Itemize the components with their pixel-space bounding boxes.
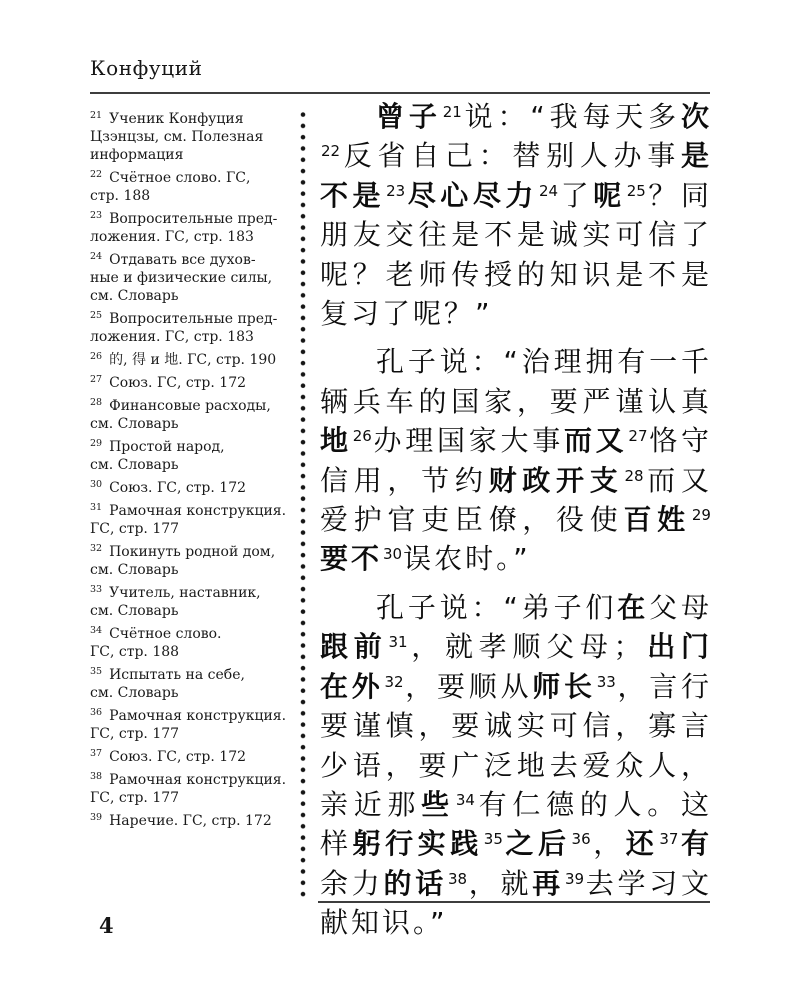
chinese-text-column: 曾子21说：“我每天多次22反省自己：替别人办事是不是23尽心尽力24了呢25？… (320, 97, 712, 952)
text-segment: 再 (532, 867, 564, 900)
footnote-text: Наречие. ГС, стр. 172 (109, 813, 272, 829)
footnote-item: 25Вопросительные пред- ложения. ГС, стр.… (90, 310, 302, 346)
footnote-item: 34Счётное слово. ГС, стр. 188 (90, 625, 302, 661)
footnote-ref: 22 (320, 142, 341, 160)
footnote-text: Счётное слово. ГС, стр. 188 (90, 170, 250, 204)
text-segment: 次 (681, 100, 712, 133)
footnote-item: 24Отдавать все духов- ные и физические с… (90, 251, 302, 305)
text-segment: 误农时。” (403, 542, 531, 575)
text-segment: 呢 (593, 179, 626, 212)
footnote-item: 29Простой народ, см. Словарь (90, 438, 302, 474)
book-page: Конфуций 21Ученик Конфуция Цзэнцзы, см. … (0, 0, 800, 1000)
footnote-text: Ученик Конфуция Цзэнцзы, см. Полезная ин… (90, 111, 263, 163)
text-segment: 要不 (320, 542, 382, 575)
footnote-number: 26 (90, 351, 109, 362)
text-segment: 说：“我每天多 (463, 100, 681, 133)
text-segment: 而又 (564, 424, 627, 457)
footnote-ref: 21 (442, 103, 463, 121)
text-segment: 有 (679, 827, 712, 860)
text-segment: 躬行实践 (353, 827, 483, 860)
footnote-number: 24 (90, 251, 109, 262)
footnote-text: Счётное слово. ГС, стр. 188 (90, 626, 222, 660)
footnote-item: 22Счётное слово. ГС, стр. 188 (90, 169, 302, 205)
footnote-text: Финансовые расходы, см. Словарь (90, 398, 271, 432)
footnote-number: 34 (90, 625, 109, 636)
footnote-number: 36 (90, 707, 109, 718)
text-segment: 跟前 (320, 630, 387, 663)
footnote-text: Рамочная конструкция. ГС, стр. 177 (90, 503, 286, 537)
footnote-number: 22 (90, 169, 109, 180)
footnote-number: 37 (90, 748, 109, 759)
footnote-ref: 31 (387, 633, 408, 651)
footnote-number: 30 (90, 479, 109, 490)
footnote-text: Покинуть родной дом, см. Словарь (90, 544, 275, 578)
footnote-text: Учитель, наставник, см. Словарь (90, 585, 261, 619)
footnote-text: 的, 得 и 地. ГС, стр. 190 (109, 352, 276, 368)
column-divider-dotted (299, 110, 307, 900)
footnote-ref: 32 (383, 673, 404, 691)
text-segment: ，就孝顺父母； (409, 630, 645, 663)
text-paragraph: 孔子说：“弟子们在父母跟前31，就孝顺父母；出门在外32，要顺从师长33，言行要… (320, 588, 712, 943)
footnote-number: 25 (90, 310, 109, 321)
footnote-text: Отдавать все духов- ные и физические сил… (90, 252, 272, 304)
footnote-ref: 24 (538, 182, 559, 200)
running-header-title: Конфуций (90, 56, 203, 80)
footnote-item: 35Испытать на себе, см. Словарь (90, 666, 302, 702)
footnote-number: 31 (90, 502, 109, 513)
footnote-item: 33Учитель, наставник, см. Словарь (90, 584, 302, 620)
text-segment: 还 (626, 827, 659, 860)
footnote-item: 31Рамочная конструкция. ГС, стр. 177 (90, 502, 302, 538)
text-segment: 地 (320, 424, 352, 457)
text-bottom-rule (318, 901, 710, 903)
footnote-number: 28 (90, 397, 109, 408)
text-segment: 曾子 (376, 100, 442, 133)
footnote-ref: 30 (382, 545, 403, 563)
text-segment: 父母 (649, 591, 712, 624)
text-segment: ，就 (468, 867, 532, 900)
text-segment: ， (592, 827, 626, 860)
footnote-text: Рамочная конструкция. ГС, стр. 177 (90, 772, 286, 806)
footnote-ref: 38 (447, 870, 468, 888)
footnote-text: Вопросительные пред- ложения. ГС, стр. 1… (90, 211, 277, 245)
text-segment: 的话 (383, 867, 446, 900)
footnote-ref: 34 (455, 791, 476, 809)
text-segment: 师长 (532, 670, 595, 703)
text-segment: ，要顺从 (405, 670, 533, 703)
footnote-number: 39 (90, 812, 109, 823)
text-segment: 财政开支 (489, 464, 624, 497)
footnote-ref: 36 (571, 830, 592, 848)
footnote-number: 38 (90, 771, 109, 782)
footnote-ref: 25 (626, 182, 647, 200)
text-segment: 些 (421, 788, 455, 821)
text-paragraph: 曾子21说：“我每天多次22反省自己：替别人办事是不是23尽心尽力24了呢25？… (320, 97, 712, 333)
footnote-number: 21 (90, 110, 109, 121)
footnote-item: 26的, 得 и 地. ГС, стр. 190 (90, 351, 302, 369)
text-segment: 了 (559, 179, 593, 212)
footnote-item: 23Вопросительные пред- ложения. ГС, стр.… (90, 210, 302, 246)
footnote-text: Вопросительные пред- ложения. ГС, стр. 1… (90, 311, 277, 345)
text-segment: 孔子说：“弟子们 (376, 591, 617, 624)
text-paragraph: 孔子说：“治理拥有一千辆兵车的国家，要严谨认真地26办理国家大事而又27恪守信用… (320, 342, 712, 578)
text-segment: 办理国家大事 (373, 424, 564, 457)
footnote-text: Простой народ, см. Словарь (90, 439, 225, 473)
footnote-number: 32 (90, 543, 109, 554)
footnote-ref: 23 (385, 182, 406, 200)
footnote-number: 27 (90, 374, 109, 385)
footnote-number: 29 (90, 438, 109, 449)
footnote-item: 36Рамочная конструкция. ГС, стр. 177 (90, 707, 302, 743)
footnote-item: 27Союз. ГС, стр. 172 (90, 374, 302, 392)
footnote-text: Союз. ГС, стр. 172 (109, 375, 246, 391)
footnote-number: 33 (90, 584, 109, 595)
footnote-item: 38Рамочная конструкция. ГС, стр. 177 (90, 771, 302, 807)
text-segment: 余力 (320, 867, 383, 900)
footnote-item: 37Союз. ГС, стр. 172 (90, 748, 302, 766)
text-segment: 之后 (504, 827, 571, 860)
footnote-text: Союз. ГС, стр. 172 (109, 480, 246, 496)
footnote-ref: 26 (352, 427, 373, 445)
footnote-number: 35 (90, 666, 109, 677)
footnotes-column: 21Ученик Конфуция Цзэнцзы, см. Полезная … (90, 110, 302, 835)
footnote-item: 32Покинуть родной дом, см. Словарь (90, 543, 302, 579)
text-segment: 孔子说：“治理拥有一千辆兵车的国家，要严谨认真 (320, 345, 712, 417)
footnote-ref: 33 (596, 673, 617, 691)
footnote-ref: 29 (691, 506, 712, 524)
text-segment: 百姓 (623, 503, 690, 536)
footnote-ref: 28 (623, 467, 644, 485)
footnote-number: 23 (90, 210, 109, 221)
page-number: 4 (99, 913, 114, 938)
footnote-item: 39Наречие. ГС, стр. 172 (90, 812, 302, 830)
header-divider-rule (90, 92, 710, 94)
footnote-text: Испытать на себе, см. Словарь (90, 667, 245, 701)
footnote-text: Рамочная конструкция. ГС, стр. 177 (90, 708, 286, 742)
footnote-ref: 27 (627, 427, 648, 445)
footnote-item: 28Финансовые расходы, см. Словарь (90, 397, 302, 433)
footnote-text: Союз. ГС, стр. 172 (109, 749, 246, 765)
footnote-ref: 35 (483, 830, 504, 848)
footnote-ref: 37 (658, 830, 679, 848)
footnote-item: 30Союз. ГС, стр. 172 (90, 479, 302, 497)
text-segment: 在 (617, 591, 649, 624)
text-segment: 尽心尽力 (406, 179, 538, 212)
footnote-item: 21Ученик Конфуция Цзэнцзы, см. Полезная … (90, 110, 302, 164)
text-segment: 反省自己：替别人办事 (341, 139, 681, 172)
footnote-ref: 39 (564, 870, 585, 888)
